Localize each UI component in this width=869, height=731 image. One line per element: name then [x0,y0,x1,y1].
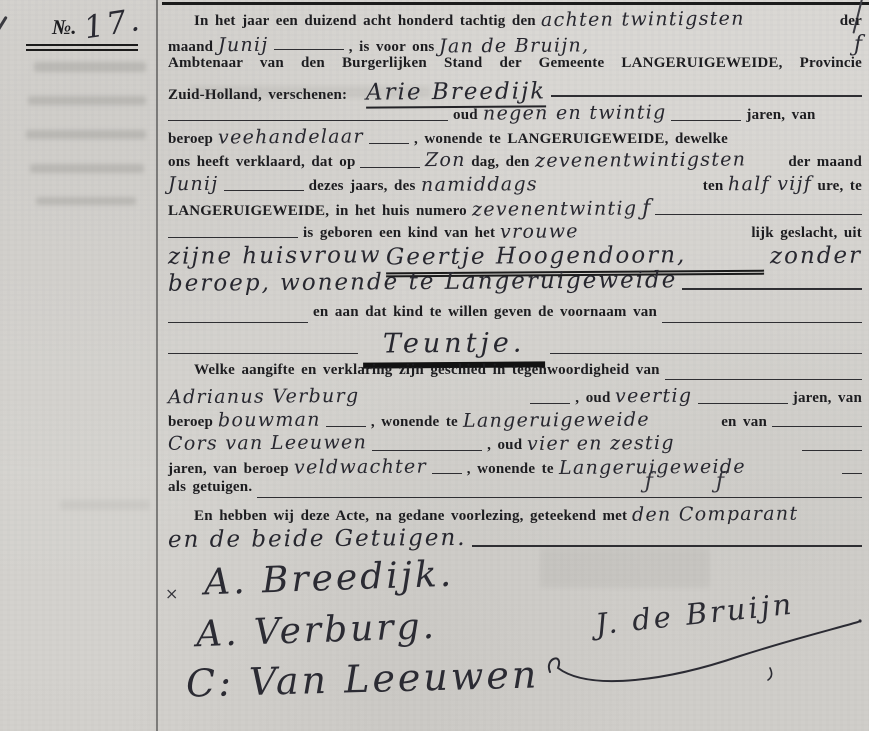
bleed-through-text [28,96,146,105]
printed-text: is geboren een kind van het [303,225,495,242]
blank-rule [360,167,420,168]
handwritten-witness2-name: Cors van Leeuwen [168,431,367,454]
printed-text: als getuigen. [168,479,252,496]
line-official-title: Ambtenaar van den Burgerlijken Stand der… [168,55,862,79]
printed-text: beroep [168,414,213,431]
blank-rule [168,237,298,238]
handwritten-birth-month: Junij [168,172,219,194]
printed-text: oud [453,107,478,124]
handwritten-sex: vrouwe [500,219,746,243]
handwritten-witness2-age: vier en zestig [527,431,797,455]
line-birth-day: ons heeft verklaard, dat op Zon dag, den… [168,149,862,173]
blank-rule [662,322,862,323]
signature-cross-mark: × [165,584,178,603]
blank-rule [551,95,862,97]
bleed-through-text [36,197,136,205]
printed-text: der maand [788,154,862,171]
blank-rule [665,379,862,380]
blank-rule [802,450,862,451]
left-margin-rule [156,0,158,731]
printed-text: , oud [487,437,522,454]
handwritten-text: zonder [770,243,862,270]
printed-text: ons heeft verklaard, dat op [168,154,355,171]
line-closing: En hebben wij deze Acte, na gedane voorl… [168,503,862,527]
printed-text: dag, den [471,154,529,171]
printed-text: , wonende te [371,414,458,431]
handwritten-hour: half vijf [728,172,812,195]
line-witness1: Adrianus Verburg , oud veertig jaren, va… [168,385,862,409]
act-number-value: 17. [82,2,145,47]
blank-rule [168,353,358,354]
printed-text: , oud [575,390,610,407]
printed-text: , wonende te [467,461,554,478]
printed-text: ten [703,178,724,195]
printed-text: , wonende te LANGERUIGEWEIDE, dewelke [414,131,862,148]
line-witness2: Cors van Leeuwen , oud vier en zestig [168,432,862,456]
handwritten-witness2-occupation: veldwachter [294,455,427,478]
printed-text: en van [721,414,767,431]
printed-text: jaren, van [746,107,815,124]
printed-text: , is voor ons [349,39,435,56]
line-age: oud negen en twintig jaren, van [168,102,862,126]
line-closing2: en de beide Getuigen. [168,526,862,552]
bleed-through-text [30,164,144,173]
handwritten-age: negen en twintig [483,101,667,124]
handwritten-house-number: zevenentwintig [472,197,637,220]
blank-rule [326,426,366,427]
pen-flourish: ƒ [642,196,650,221]
signature-declarant: A. Breedijk. [203,554,454,604]
pen-flourish: ƒ [854,32,862,57]
handwritten-occupation: veehandelaar [218,125,364,148]
blank-rule [698,403,788,404]
handwritten-month: Junij [218,33,269,55]
handwritten-text: en de beide Getuigen. [168,525,467,553]
handwritten-text: zijne huisvrouw [168,242,382,269]
handwritten-weekday: Zon [425,149,466,171]
handwritten-witness1-age: veertig [615,385,692,408]
line-occupation: beroep veehandelaar , wonende te LANGERU… [168,126,862,150]
act-number-underline [26,44,138,51]
printed-text: jaren, van beroep [168,461,289,478]
bleed-through-text [540,548,710,588]
blank-rule [550,353,862,354]
line-year-day: In het jaar een duizend acht honderd tac… [168,8,862,32]
printed-text: In het jaar een duizend acht honderd tac… [194,13,536,30]
handwritten-text: beroep, wonende te Langeruigeweide [168,267,678,297]
blank-rule [168,322,308,323]
handwritten-witness1-name: Adrianus Verburg [168,384,525,408]
blank-rule [472,545,862,547]
line-birth-house: LANGERUIGEWEIDE, in het huis numero zeve… [168,196,862,220]
printed-text: Welke aangifte en verklaring zijn geschi… [194,362,660,379]
printed-text: ure, te [818,178,862,195]
printed-text: beroep [168,131,213,148]
line-witness2-occupation: jaren, van beroep veldwachter , wonende … [168,456,862,480]
printed-text: en aan dat kind te willen geven de voorn… [313,304,657,321]
act-number-label: №. [52,15,76,40]
blank-rule [671,120,741,121]
line-month-official: maand Junij , is voor ons Jan de Bruijn,… [168,32,862,56]
line-mother-residence: beroep, wonende te Langeruigeweide [168,269,862,295]
bleed-through-text [34,62,146,72]
blank-rule [257,497,862,498]
top-rule [162,2,869,5]
blank-rule [168,120,448,121]
printed-text: En hebben wij deze Acte, na gedane voorl… [194,508,627,525]
blank-rule [530,403,570,404]
birth-certificate-scan: №.17. In het jaar een duizend acht honde… [0,0,869,731]
blank-rule [682,288,862,290]
line-declarant: Zuid-Holland, verschenen: Arie Breedijk [168,79,862,103]
printed-text: dezes jaars, des [309,178,416,195]
handwritten-witness1-residence: Langeruigeweide [463,408,716,432]
signature-flourish [540,608,869,698]
line-witness-intro: Welke aangifte en verklaring zijn geschi… [168,362,862,386]
handwritten-day: achten twintigsten [541,7,835,31]
handwritten-daypart: namiddags [420,172,697,196]
handwritten-witness1-occupation: bouwman [218,408,321,431]
blank-rule [655,214,862,215]
line-name-intro: en aan dat kind te willen geven de voorn… [168,304,862,328]
printed-text: der [840,13,862,30]
act-body: In het jaar een duizend acht honderd tac… [168,8,862,552]
signature-witness1: A. Verburg. [195,606,437,655]
handwritten-text: den Comparant [632,502,862,526]
blank-rule [274,49,344,50]
printed-text: Ambtenaar van den Burgerlijken Stand der… [168,55,862,72]
pen-flourish: ƒ ƒ [645,469,752,494]
blank-rule [369,143,409,144]
printed-text: Zuid-Holland, verschenen: [168,87,347,104]
line-birth-time: Junij dezes jaars, des namiddags ten hal… [168,173,862,197]
handwritten-official-name: Jan de Bruijn, [439,32,849,57]
printed-text: LANGERUIGEWEIDE, in het huis numero [168,203,467,220]
handwritten-birth-day: zevenentwintigsten [534,148,783,172]
line-child-sex: is geboren een kind van het vrouwe lijk … [168,220,862,244]
line-witness1-occupation: beroep bouwman , wonende te Langeruigewe… [168,409,862,433]
ink-mark-top-left [0,16,8,46]
blank-rule [842,473,862,474]
printed-text: lijk geslacht, uit [751,225,862,242]
printed-text: jaren, van [793,390,862,407]
bleed-through-text [26,130,146,139]
act-number-block: №.17. [24,6,154,51]
signature-witness2: C: Van Leeuwen [185,652,539,705]
blank-rule [772,426,862,427]
blank-rule [224,190,304,191]
printed-text: maand [168,39,213,56]
blank-rule [432,473,462,474]
bleed-through-text [60,500,150,510]
blank-rule [372,450,482,451]
line-mother: zijne huisvrouw Geertje Hoogendoorn, zon… [168,243,862,269]
line-child-name: Teuntje. [168,328,862,359]
line-witnesses-close: als getuigen. ƒ ƒ [168,479,862,503]
